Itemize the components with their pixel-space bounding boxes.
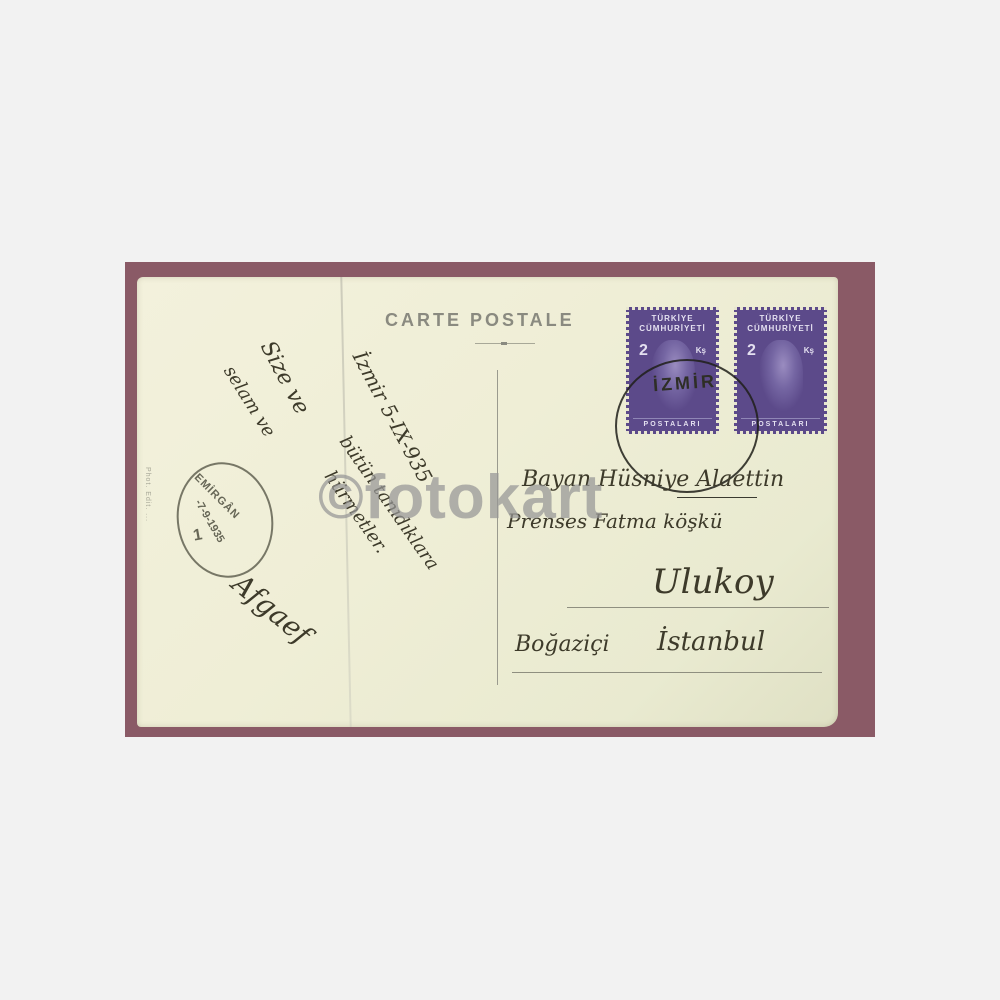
address-line-4-right: İstanbul [657, 627, 765, 657]
address-rule [567, 607, 829, 608]
address-rule [512, 672, 822, 673]
portrait-icon [759, 340, 803, 412]
address-line-4-left: Boğaziçi [515, 632, 610, 657]
watermark: ©fotokart [318, 462, 603, 533]
header-ornament-rule [475, 343, 535, 344]
postcard-header: CARTE POSTALE [385, 310, 575, 331]
stamp-unit: Kş [696, 346, 706, 355]
stamp-country-line1: TÜRKİYE [629, 314, 716, 324]
arrival-postmark: EMİRGÂN -7-9-1935 1 [168, 455, 283, 586]
postmark-number: 1 [192, 526, 204, 545]
message-signature: Afgaef [226, 567, 317, 651]
stamp-country-line1: TÜRKİYE [737, 314, 824, 324]
stamp-value: 2 [747, 342, 756, 360]
postmark-bar [677, 497, 757, 498]
printer-note: Phot. Edit. ... [144, 467, 151, 522]
postmark-city: İZMİR [652, 371, 717, 396]
address-line-3: Ulukoy [652, 562, 774, 602]
stamp-country-line2: CÜMHURİYETİ [737, 324, 824, 334]
stamp-unit: Kş [804, 346, 814, 355]
stamp-country-line2: CÜMHURİYETİ [629, 324, 716, 334]
stamp-value: 2 [639, 342, 648, 360]
